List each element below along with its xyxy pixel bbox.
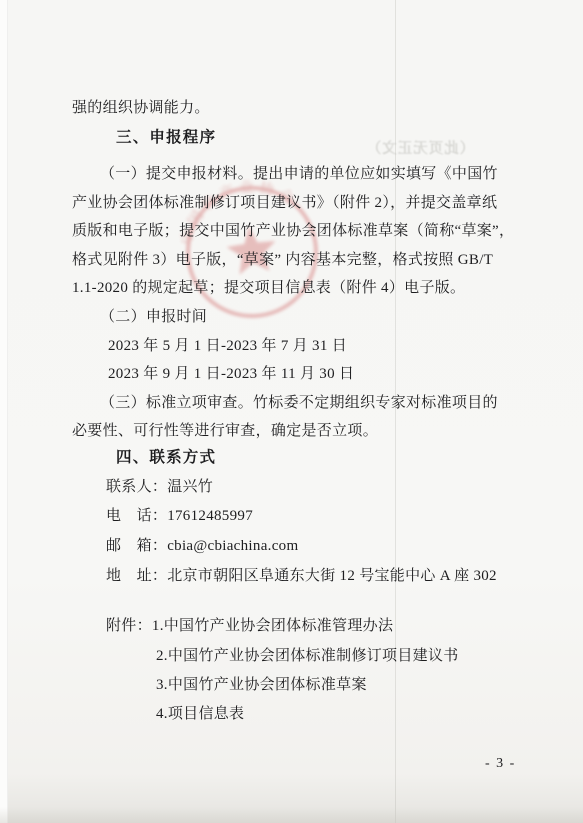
page-number: - 3 - <box>485 757 516 771</box>
contact-phone-line: 电 话：17612485997 <box>106 509 253 524</box>
para-3-line-2: 必要性、可行性等进行审查，确定是否立项。 <box>72 424 378 439</box>
scan-edge-left <box>0 0 8 823</box>
attachment-line-4: 4.项目信息表 <box>156 707 244 722</box>
contact-person-line: 联系人：温兴竹 <box>106 480 213 495</box>
scan-edge-bottom <box>0 807 583 823</box>
para-1-line-1: （一）提交申报材料。提出申请的单位应如实填写《中国竹 <box>100 167 498 182</box>
attachment-line-3: 3.中国竹产业协会团体标准草案 <box>156 678 367 693</box>
paper-fold-line <box>395 0 396 823</box>
para-2-title: （二）申报时间 <box>100 310 207 325</box>
para-3-line-1: （三）标准立项审查。竹标委不定期组织专家对标准项目的 <box>100 396 498 411</box>
attachment-line-2: 2.中国竹产业协会团体标准制修订项目建议书 <box>156 649 459 664</box>
para-2-date-2: 2023 年 9 月 1 日-2023 年 11 月 30 日 <box>108 367 354 382</box>
para-1-line-4: 格式见附件 3）电子版，“草案” 内容基本完整，格式按照 GB/T <box>72 253 493 268</box>
para-1-line-2: 产业协会团体标准制修订项目建议书》（附件 2），并提交盖章纸 <box>72 196 497 211</box>
section-4-heading: 四、联系方式 <box>116 450 216 466</box>
body-line-intro: 强的组织协调能力。 <box>72 101 210 116</box>
contact-email-line: 邮 箱：cbia@cbiachina.com <box>106 539 298 554</box>
para-2-date-1: 2023 年 5 月 1 日-2023 年 7 月 31 日 <box>108 339 347 354</box>
bleed-through-watermark: （此页无正文） <box>356 137 484 158</box>
para-1-line-5: 1.1-2020 的规定起草；提交项目信息表（附件 4）电子版。 <box>72 281 465 296</box>
para-1-line-3: 质版和电子版；提交中国竹产业协会团体标准草案（简称“草案”， <box>72 224 514 239</box>
document-page: （此页无正文） 中国竹产业协会 强的组织协调能力。 三、申报程序 （一）提交申报… <box>0 0 583 823</box>
contact-address-line: 地 址：北京市朝阳区阜通东大街 12 号宝能中心 A 座 302 <box>106 569 497 584</box>
section-3-heading: 三、申报程序 <box>116 130 216 146</box>
attachment-line-1: 附件：1.中国竹产业协会团体标准管理办法 <box>106 619 393 634</box>
